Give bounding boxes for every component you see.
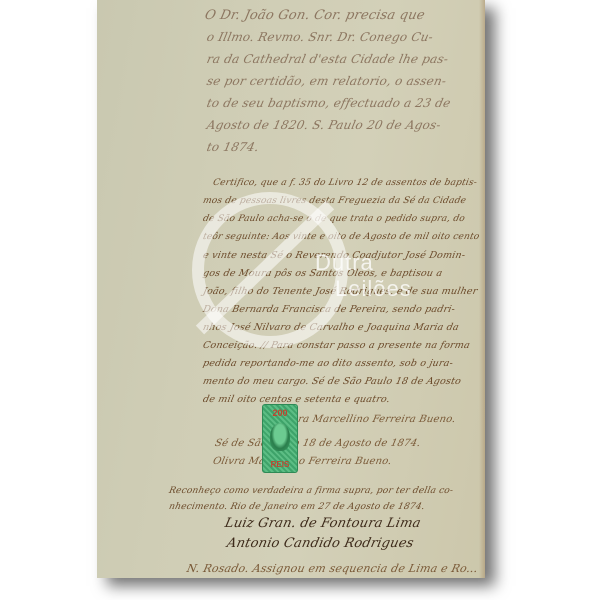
stamp-portrait-icon <box>270 423 290 451</box>
para1-line-7: to 1874. <box>206 140 261 154</box>
signature-priest-2: Olivra Marcellino Ferreira Bueno. <box>212 456 393 467</box>
para1-line-3: ra da Cathedral d'esta Cidade lhe pas- <box>206 52 450 66</box>
signature-priest: Olivra Marcellino Ferreira Bueno. <box>276 414 457 425</box>
revenue-stamp: 200 REIS <box>262 404 298 473</box>
stamp-value: 200 <box>263 408 297 418</box>
signature-notary: Luiz Gran. de Fontoura Lima <box>223 516 422 531</box>
recognition-line-2: nhecimento. Rio de Janeiro em 27 de Agos… <box>168 502 426 512</box>
para1-line-2: o Illmo. Revmo. Snr. Dr. Conego Cu- <box>206 30 435 44</box>
para2-line-12: mento do meu cargo. Sé de São Paulo 18 d… <box>202 376 462 387</box>
stamp-unit: REIS <box>263 460 297 469</box>
para1-line-6: Agosto de 1820. S. Paulo 20 de Agos- <box>206 118 443 132</box>
para1-line-4: se por certidão, em relatorio, o assen- <box>206 74 448 88</box>
footer-note: N. Rosado. Assignou em sequencia de Lima… <box>186 562 480 575</box>
para2-line-13: de mil oito centos e setenta e quatro. <box>202 394 391 405</box>
signature-witness: Antonio Candido Rodrigues <box>225 536 415 551</box>
dated-line: Sé de São Paulo 18 de Agosto de 1874. <box>214 438 422 449</box>
recognition-line-1: Reconheço como verdadeira a firma supra,… <box>168 486 454 496</box>
watermark-text-2: Leilões <box>335 276 412 302</box>
para1-line-1: O Dr. João Gon. Cor. precisa que <box>203 8 426 23</box>
para1-line-5: to de seu baptismo, effectuado a 23 de <box>206 96 452 110</box>
watermark-text-1: Dutra <box>315 250 374 276</box>
